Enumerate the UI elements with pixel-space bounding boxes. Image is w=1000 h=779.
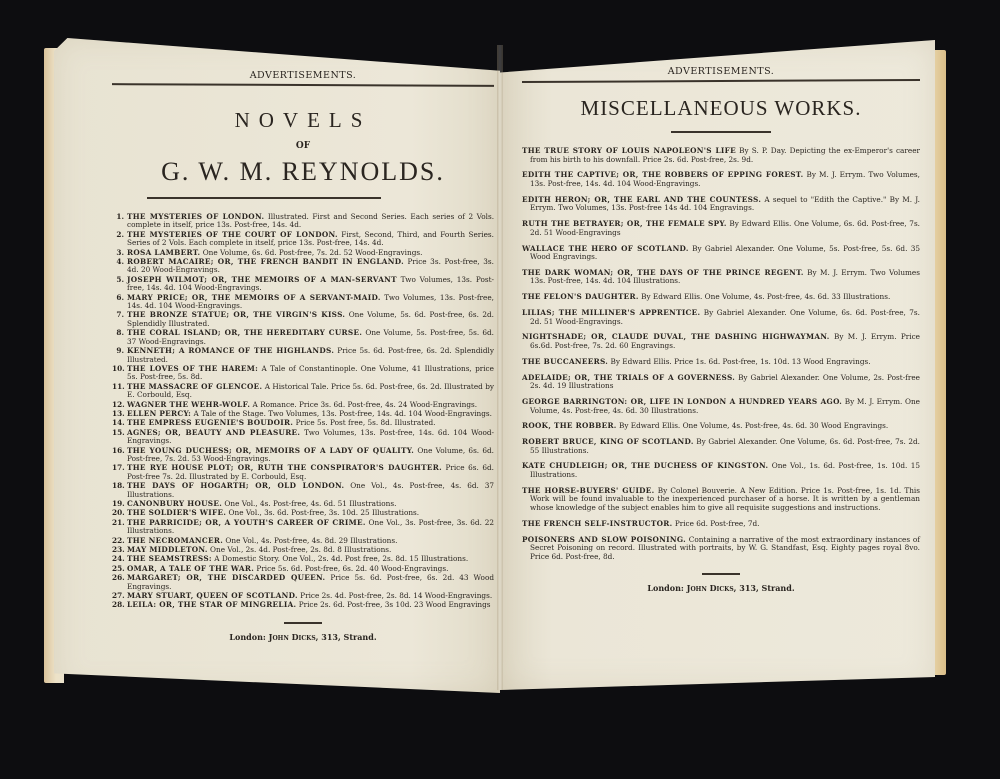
misc-list-item: EDITH HERON; OR, THE EARL AND THE COUNTE… [522, 196, 920, 213]
misc-list-item: THE TRUE STORY OF LOUIS NAPOLEON'S LIFE … [522, 147, 920, 164]
item-title: LEILA: OR, THE STAR OF MINGRELIA. [127, 600, 296, 609]
item-number: 25. [112, 565, 127, 573]
novel-list-item: 2.THE MYSTERIES OF THE COURT OF LONDON. … [112, 231, 494, 248]
item-details: One Vol., 4s. Post-free, 4s. 6d. 51 Illu… [224, 499, 396, 508]
item-title: THE NECROMANCER. [127, 536, 223, 545]
item-number: 9. [112, 347, 127, 364]
item-text: THE LOVES OF THE HAREM: A Tale of Consta… [127, 365, 494, 382]
novel-list-item: 13.ELLEN PERCY: A Tale of the Stage. Two… [112, 410, 494, 418]
misc-list-item: THE FELON'S DAUGHTER. By Edward Ellis. O… [522, 293, 920, 302]
item-details: A Domestic Story. One Vol., 2s. 4d. Post… [214, 554, 468, 563]
novel-list-item: 7.THE BRONZE STATUE; OR, THE VIRGIN'S KI… [112, 311, 494, 328]
item-text: WAGNER THE WEHR-WOLF. A Romance. Price 3… [127, 401, 494, 409]
item-title: THE FRENCH SELF-INSTRUCTOR. [522, 519, 673, 528]
item-number: 26. [112, 574, 127, 591]
item-text: THE MASSACRE OF GLENCOE. A Historical Ta… [127, 383, 494, 400]
title-rule [671, 131, 771, 133]
item-text: THE YOUNG DUCHESS; OR, MEMOIRS OF A LADY… [127, 447, 494, 464]
item-details: One Vol., 2s. 4d. Post-free, 2s. 8d. 8 I… [210, 545, 391, 554]
item-number: 6. [112, 294, 127, 311]
item-text: LEILA: OR, THE STAR OF MINGRELIA. Price … [127, 601, 494, 609]
item-number: 8. [112, 329, 127, 346]
item-title: THE SEAMSTRESS: [127, 554, 212, 563]
item-text: THE NECROMANCER. One Vol., 4s. Post-free… [127, 537, 494, 545]
title-connector: OF [112, 141, 494, 151]
item-number: 11. [112, 383, 127, 400]
novel-list-item: 1.THE MYSTERIES OF LONDON. Illustrated. … [112, 213, 494, 230]
header-rule [112, 83, 494, 87]
item-title: THE SOLDIER'S WIFE. [127, 508, 226, 517]
misc-list-item: ROBERT BRUCE, KING OF SCOTLAND. By Gabri… [522, 438, 920, 455]
misc-list-item: GEORGE BARRINGTON: OR, LIFE IN LONDON A … [522, 398, 920, 415]
novel-list-item: 6.MARY PRICE; OR, THE MEMOIRS OF A SERVA… [112, 294, 494, 311]
item-number: 4. [112, 258, 127, 275]
item-text: MAY MIDDLETON. One Vol., 2s. 4d. Post-fr… [127, 546, 494, 554]
item-title: THE EMPRESS EUGENIE'S BOUDOIR. [127, 418, 293, 427]
item-details: Price 2s. 4d. Post-free, 2s. 8d. 14 Wood… [300, 591, 492, 600]
item-text: THE PARRICIDE; OR, A YOUTH'S CAREER OF C… [127, 519, 494, 536]
item-details: By Edward Ellis. One Volume, 4s. Post-fr… [619, 421, 888, 430]
item-text: THE BRONZE STATUE; OR, THE VIRGIN'S KISS… [127, 311, 494, 328]
item-details: A Tale of the Stage. Two Volumes, 13s. P… [193, 409, 492, 418]
novel-list: 1.THE MYSTERIES OF LONDON. Illustrated. … [112, 213, 494, 610]
item-number: 2. [112, 231, 127, 248]
item-text: JOSEPH WILMOT; OR, THE MEMOIRS OF A MAN-… [127, 276, 494, 293]
item-text: ELLEN PERCY: A Tale of the Stage. Two Vo… [127, 410, 494, 418]
item-text: MARY STUART, QUEEN OF SCOTLAND. Price 2s… [127, 592, 494, 600]
misc-list-item: THE FRENCH SELF-INSTRUCTOR. Price 6d. Po… [522, 520, 920, 529]
item-title: ELLEN PERCY: [127, 409, 191, 418]
item-text: THE MYSTERIES OF LONDON. Illustrated. Fi… [127, 213, 494, 230]
novel-list-item: 5.JOSEPH WILMOT; OR, THE MEMOIRS OF A MA… [112, 276, 494, 293]
misc-list-item: THE HORSE-BUYERS' GUIDE. By Colonel Bouv… [522, 487, 920, 513]
left-page-content: ADVERTISEMENTS. NOVELS OF G. W. M. REYNO… [112, 70, 494, 642]
item-text: THE SEAMSTRESS: A Domestic Story. One Vo… [127, 555, 494, 563]
item-number: 16. [112, 447, 127, 464]
novel-list-item: 8.THE CORAL ISLAND; OR, THE HEREDITARY C… [112, 329, 494, 346]
misc-list-item: THE DARK WOMAN; OR, THE DAYS OF THE PRIN… [522, 269, 920, 286]
item-details: One Volume, 6s. 6d. Post-free, 7s. 2d. 5… [203, 248, 423, 257]
item-number: 12. [112, 401, 127, 409]
item-details: One Vol., 4s. Post-free, 4s. 8d. 29 Illu… [225, 536, 397, 545]
item-number: 5. [112, 276, 127, 293]
item-title: ROOK, THE ROBBER. [522, 421, 617, 430]
item-text: THE SOLDIER'S WIFE. One Vol., 3s. 6d. Po… [127, 509, 494, 517]
author-name: G. W. M. REYNOLDS. [112, 157, 494, 187]
item-details: Price 6d. Post-free, 7d. [675, 519, 760, 528]
misc-list-item: NIGHTSHADE; OR, CLAUDE DUVAL, THE DASHIN… [522, 333, 920, 350]
running-head: ADVERTISEMENTS. [522, 66, 920, 80]
item-text: ROSA LAMBERT. One Volume, 6s. 6d. Post-f… [127, 249, 494, 257]
item-title: CANONBURY HOUSE. [127, 499, 222, 508]
item-text: THE DAYS OF HOGARTH; OR, OLD LONDON. One… [127, 482, 494, 499]
item-text: MARGARET; OR, THE DISCARDED QUEEN. Price… [127, 574, 494, 591]
item-text: CANONBURY HOUSE. One Vol., 4s. Post-free… [127, 500, 494, 508]
item-details: By Edward Ellis. Price 1s. 6d. Post-free… [610, 357, 870, 366]
imprint-address: 313, Strand. [321, 632, 376, 642]
item-details: Price 5s. Post free, 5s. 8d. Illustrated… [296, 418, 436, 427]
novel-list-item: 10.THE LOVES OF THE HAREM: A Tale of Con… [112, 365, 494, 382]
item-number: 18. [112, 482, 127, 499]
item-number: 22. [112, 537, 127, 545]
item-title: ROSA LAMBERT. [127, 248, 200, 257]
novel-list-item: 14.THE EMPRESS EUGENIE'S BOUDOIR. Price … [112, 419, 494, 427]
imprint-publisher: John Dicks, [687, 583, 737, 593]
misc-list-item: LILIAS; THE MILLINER'S APPRENTICE. By Ga… [522, 309, 920, 326]
item-title: MARY STUART, QUEEN OF SCOTLAND. [127, 591, 298, 600]
novel-list-item: 25.OMAR, A TALE OF THE WAR. Price 5s. 6d… [112, 565, 494, 573]
novel-list-item: 24.THE SEAMSTRESS: A Domestic Story. One… [112, 555, 494, 563]
item-number: 13. [112, 410, 127, 418]
item-details: Price 5s. 6d. Post-free, 6s. 2d. 40 Wood… [256, 564, 448, 573]
imprint: London: John Dicks, 313, Strand. [112, 632, 494, 642]
imprint-city: London: [647, 583, 683, 593]
novel-list-item: 17.THE RYE HOUSE PLOT; OR, RUTH THE CONS… [112, 464, 494, 481]
misc-works-list: THE TRUE STORY OF LOUIS NAPOLEON'S LIFE … [522, 147, 920, 561]
item-number: 17. [112, 464, 127, 481]
item-number: 1. [112, 213, 127, 230]
misc-list-item: THE BUCCANEERS. By Edward Ellis. Price 1… [522, 358, 920, 367]
item-text: THE MYSTERIES OF THE COURT OF LONDON. Fi… [127, 231, 494, 248]
novel-list-item: 9.KENNETH; A ROMANCE OF THE HIGHLANDS. P… [112, 347, 494, 364]
item-text: OMAR, A TALE OF THE WAR. Price 5s. 6d. P… [127, 565, 494, 573]
imprint: London: John Dicks, 313, Strand. [522, 583, 920, 593]
right-page-content: ADVERTISEMENTS. MISCELLANEOUS WORKS. THE… [522, 66, 920, 593]
item-text: ROBERT MACAIRE; OR, THE FRENCH BANDIT IN… [127, 258, 494, 275]
imprint-city: London: [229, 632, 265, 642]
item-details: Price 2s. 6d. Post-free, 3s 10d. 23 Wood… [299, 600, 491, 609]
novel-list-item: 28.LEILA: OR, THE STAR OF MINGRELIA. Pri… [112, 601, 494, 609]
item-text: AGNES; OR, BEAUTY AND PLEASURE. Two Volu… [127, 429, 494, 446]
novel-list-item: 3.ROSA LAMBERT. One Volume, 6s. 6d. Post… [112, 249, 494, 257]
item-text: THE RYE HOUSE PLOT; OR, RUTH THE CONSPIR… [127, 464, 494, 481]
book-gutter [497, 45, 503, 690]
novel-list-item: 15.AGNES; OR, BEAUTY AND PLEASURE. Two V… [112, 429, 494, 446]
misc-list-item: POISONERS AND SLOW POISONING. Containing… [522, 536, 920, 562]
page-title: NOVELS [112, 108, 494, 133]
novel-list-item: 20.THE SOLDIER'S WIFE. One Vol., 3s. 6d.… [112, 509, 494, 517]
misc-list-item: RUTH THE BETRAYER; OR, THE FEMALE SPY. B… [522, 220, 920, 237]
misc-list-item: EDITH THE CAPTIVE; OR, THE ROBBERS OF EP… [522, 171, 920, 188]
imprint-publisher: John Dicks, [269, 632, 319, 642]
item-title: THE BUCCANEERS. [522, 357, 608, 366]
item-title: MAY MIDDLETON. [127, 545, 208, 554]
misc-list-item: WALLACE THE HERO OF SCOTLAND. By Gabriel… [522, 245, 920, 262]
item-title: OMAR, A TALE OF THE WAR. [127, 564, 254, 573]
item-number: 24. [112, 555, 127, 563]
footer-rule [702, 573, 740, 575]
novel-list-item: 19.CANONBURY HOUSE. One Vol., 4s. Post-f… [112, 500, 494, 508]
item-title: THE FELON'S DAUGHTER. [522, 292, 639, 301]
footer-rule [284, 622, 322, 624]
novel-list-item: 16.THE YOUNG DUCHESS; OR, MEMOIRS OF A L… [112, 447, 494, 464]
novel-list-item: 27.MARY STUART, QUEEN OF SCOTLAND. Price… [112, 592, 494, 600]
item-number: 7. [112, 311, 127, 328]
novel-list-item: 18.THE DAYS OF HOGARTH; OR, OLD LONDON. … [112, 482, 494, 499]
item-details: One Vol., 3s. 6d. Post-free, 3s. 10d. 25… [229, 508, 420, 517]
item-title: WAGNER THE WEHR-WOLF. [127, 400, 250, 409]
novel-list-item: 21.THE PARRICIDE; OR, A YOUTH'S CAREER O… [112, 519, 494, 536]
item-details: By Edward Ellis. One Volume, 4s. Post-fr… [641, 292, 890, 301]
item-number: 21. [112, 519, 127, 536]
item-number: 20. [112, 509, 127, 517]
misc-list-item: ADELAIDE; OR, THE TRIALS OF A GOVERNESS.… [522, 374, 920, 391]
item-text: KENNETH; A ROMANCE OF THE HIGHLANDS. Pri… [127, 347, 494, 364]
item-number: 15. [112, 429, 127, 446]
item-number: 28. [112, 601, 127, 609]
page-title: MISCELLANEOUS WORKS. [522, 96, 920, 121]
novel-list-item: 22.THE NECROMANCER. One Vol., 4s. Post-f… [112, 537, 494, 545]
item-details: A Romance. Price 3s. 6d. Post-free, 4s. … [253, 400, 478, 409]
running-head: ADVERTISEMENTS. [112, 70, 494, 84]
misc-list-item: KATE CHUDLEIGH; OR, THE DUCHESS OF KINGS… [522, 462, 920, 479]
item-number: 19. [112, 500, 127, 508]
novel-list-item: 26.MARGARET; OR, THE DISCARDED QUEEN. Pr… [112, 574, 494, 591]
novel-list-item: 4.ROBERT MACAIRE; OR, THE FRENCH BANDIT … [112, 258, 494, 275]
novel-list-item: 23.MAY MIDDLETON. One Vol., 2s. 4d. Post… [112, 546, 494, 554]
novel-list-item: 12.WAGNER THE WEHR-WOLF. A Romance. Pric… [112, 401, 494, 409]
item-text: THE EMPRESS EUGENIE'S BOUDOIR. Price 5s.… [127, 419, 494, 427]
item-number: 27. [112, 592, 127, 600]
item-number: 10. [112, 365, 127, 382]
item-number: 3. [112, 249, 127, 257]
novel-list-item: 11.THE MASSACRE OF GLENCOE. A Historical… [112, 383, 494, 400]
imprint-address: 313, Strand. [739, 583, 794, 593]
item-text: THE CORAL ISLAND; OR, THE HEREDITARY CUR… [127, 329, 494, 346]
item-number: 14. [112, 419, 127, 427]
title-rule [147, 197, 381, 199]
misc-list-item: ROOK, THE ROBBER. By Edward Ellis. One V… [522, 422, 920, 431]
item-number: 23. [112, 546, 127, 554]
item-text: MARY PRICE; OR, THE MEMOIRS OF A SERVANT… [127, 294, 494, 311]
